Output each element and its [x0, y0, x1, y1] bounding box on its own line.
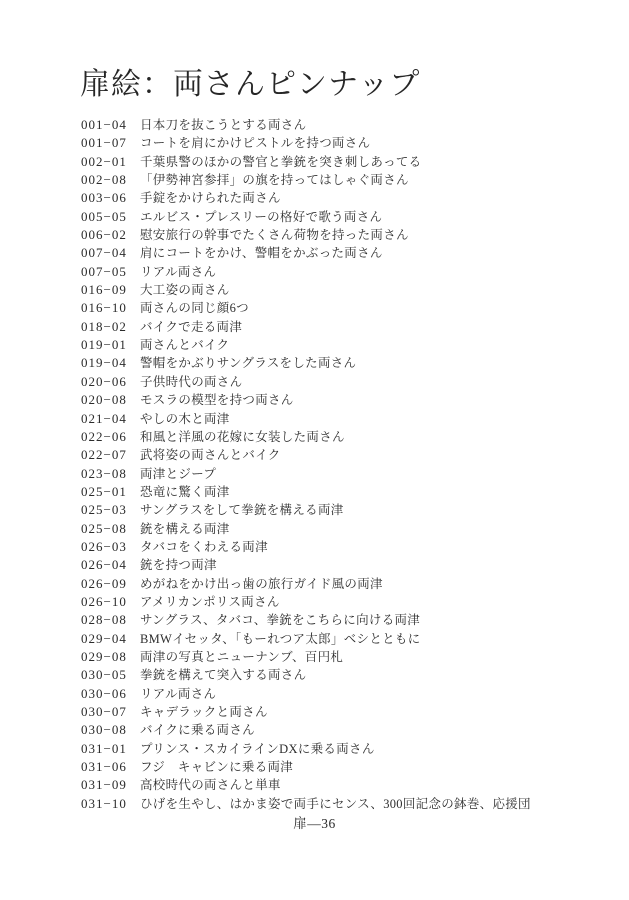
item-code: 030−08	[81, 721, 140, 739]
list-item: 001−04 日本刀を抜こうとする両さん	[81, 116, 619, 134]
item-description: プリンス・スカイラインDXに乗る両さん	[140, 740, 375, 758]
illustration-index-list: 001−04 日本刀を抜こうとする両さん 001−07 コートを肩にかけピストル…	[81, 116, 619, 813]
item-description: 恐竜に驚く両津	[140, 483, 230, 501]
list-item: 026−04 銃を持つ両津	[81, 556, 619, 574]
item-code: 023−08	[81, 465, 140, 483]
item-code: 007−05	[81, 263, 140, 281]
item-description: キャデラックと両さん	[140, 703, 268, 721]
list-item: 025−01 恐竜に驚く両津	[81, 483, 619, 501]
item-description: 武将姿の両さんとバイク	[140, 446, 281, 464]
item-code: 006−02	[81, 226, 140, 244]
item-description: サングラスをして拳銃を構える両津	[140, 501, 344, 519]
item-description: 高校時代の両さんと単車	[140, 776, 281, 794]
item-description: BMWイセッタ、「もーれつア太郎」ベシとともに	[140, 630, 421, 648]
list-item: 025−08 銃を構える両津	[81, 520, 619, 538]
item-description: 両津の写真とニューナンブ、百円札	[140, 648, 343, 666]
item-code: 031−01	[81, 740, 140, 758]
list-item: 026−10 アメリカンポリス両さん	[81, 593, 619, 611]
item-description: サングラス、タバコ、拳銃をこちらに向ける両津	[140, 611, 420, 629]
item-code: 007−04	[81, 244, 140, 262]
item-code: 001−04	[81, 116, 140, 134]
item-description: 銃を持つ両津	[140, 556, 217, 574]
item-code: 022−06	[81, 428, 140, 446]
item-description: 両津とジープ	[140, 465, 216, 483]
item-code: 029−04	[81, 630, 140, 648]
item-code: 025−08	[81, 520, 140, 538]
page-number: 扉―36	[0, 812, 629, 832]
list-item: 002−08 「伊勢神宮参拝」の旗を持ってはしゃぐ両さん	[81, 171, 619, 189]
book-page: 扉絵：両さんピンナップ 001−04 日本刀を抜こうとする両さん 001−07 …	[0, 0, 629, 900]
item-description: 子供時代の両さん	[140, 373, 242, 391]
item-code: 020−06	[81, 373, 140, 391]
item-code: 025−01	[81, 483, 140, 501]
list-item: 031−06 フジ キャビンに乗る両津	[81, 758, 619, 776]
item-description: バイクに乗る両さん	[140, 721, 255, 739]
list-item: 003−06 手錠をかけられた両さん	[81, 189, 619, 207]
list-item: 030−07 キャデラックと両さん	[81, 703, 619, 721]
list-item: 005−05 エルビス・プレスリーの格好で歌う両さん	[81, 208, 619, 226]
list-item: 020−06 子供時代の両さん	[81, 373, 619, 391]
page-title: 扉絵：両さんピンナップ	[80, 68, 420, 102]
item-description: 慰安旅行の幹事でたくさん荷物を持った両さん	[140, 226, 409, 244]
item-code: 031−09	[81, 776, 140, 794]
list-item: 002−01 千葉県警のほかの警官と拳銃を突き刺しあってる	[81, 153, 619, 171]
item-description: エルビス・プレスリーの格好で歌う両さん	[140, 208, 382, 226]
item-description: 両さんの同じ顔6つ	[140, 299, 249, 317]
item-code: 022−07	[81, 446, 140, 464]
item-description: めがねをかけ出っ歯の旅行ガイド風の両津	[140, 575, 383, 593]
item-description: 「伊勢神宮参拝」の旗を持ってはしゃぐ両さん	[140, 171, 409, 189]
item-code: 030−06	[81, 685, 140, 703]
item-code: 026−04	[81, 556, 140, 574]
list-item: 031−01 プリンス・スカイラインDXに乗る両さん	[81, 740, 619, 758]
item-code: 019−01	[81, 336, 140, 354]
list-item: 031−10 ひげを生やし、はかま姿で両手にセンス、300回記念の鉢巻、応援団	[81, 795, 619, 813]
item-description: 両さんとバイク	[140, 336, 229, 354]
item-code: 020−08	[81, 391, 140, 409]
item-code: 031−10	[81, 795, 140, 813]
item-description: コートを肩にかけピストルを持つ両さん	[140, 134, 370, 152]
item-code: 025−03	[81, 501, 140, 519]
item-code: 026−10	[81, 593, 140, 611]
item-description: リアル両さん	[140, 685, 216, 703]
list-item: 021−04 やしの木と両津	[81, 410, 619, 428]
item-code: 002−01	[81, 153, 140, 171]
list-item: 022−07 武将姿の両さんとバイク	[81, 446, 619, 464]
list-item: 006−02 慰安旅行の幹事でたくさん荷物を持った両さん	[81, 226, 619, 244]
item-code: 026−03	[81, 538, 140, 556]
item-description: 肩にコートをかけ、警帽をかぶった両さん	[140, 244, 383, 262]
list-item: 001−07 コートを肩にかけピストルを持つ両さん	[81, 134, 619, 152]
item-description: 大工姿の両さん	[140, 281, 230, 299]
item-description: タバコをくわえる両津	[140, 538, 268, 556]
item-code: 019−04	[81, 354, 140, 372]
item-description: 日本刀を抜こうとする両さん	[140, 116, 306, 134]
item-description: リアル両さん	[140, 263, 216, 281]
item-code: 021−04	[81, 410, 140, 428]
item-description: 和風と洋風の花嫁に女装した両さん	[140, 428, 345, 446]
item-code: 031−06	[81, 758, 140, 776]
list-item: 029−04 BMWイセッタ、「もーれつア太郎」ベシとともに	[81, 630, 619, 648]
list-item: 020−08 モスラの模型を持つ両さん	[81, 391, 619, 409]
list-item: 029−08 両津の写真とニューナンブ、百円札	[81, 648, 619, 666]
list-item: 026−09 めがねをかけ出っ歯の旅行ガイド風の両津	[81, 575, 619, 593]
item-description: やしの木と両津	[140, 410, 230, 428]
list-item: 030−06 リアル両さん	[81, 685, 619, 703]
item-description: アメリカンポリス両さん	[140, 593, 280, 611]
item-description: 銃を構える両津	[140, 520, 230, 538]
item-code: 029−08	[81, 648, 140, 666]
list-item: 016−09 大工姿の両さん	[81, 281, 619, 299]
item-code: 028−08	[81, 611, 140, 629]
list-item: 030−05 拳銃を構えて突入する両さん	[81, 666, 619, 684]
item-description: 拳銃を構えて突入する両さん	[140, 666, 306, 684]
item-code: 016−09	[81, 281, 140, 299]
item-code: 030−05	[81, 666, 140, 684]
list-item: 007−04 肩にコートをかけ、警帽をかぶった両さん	[81, 244, 619, 262]
item-code: 001−07	[81, 134, 140, 152]
item-description: 千葉県警のほかの警官と拳銃を突き刺しあってる	[140, 153, 421, 171]
item-code: 030−07	[81, 703, 140, 721]
list-item: 025−03 サングラスをして拳銃を構える両津	[81, 501, 619, 519]
item-description: 警帽をかぶりサングラスをした両さん	[140, 354, 356, 372]
list-item: 007−05 リアル両さん	[81, 263, 619, 281]
item-description: バイクで走る両津	[140, 318, 242, 336]
list-item: 028−08 サングラス、タバコ、拳銃をこちらに向ける両津	[81, 611, 619, 629]
list-item: 018−02 バイクで走る両津	[81, 318, 619, 336]
item-code: 005−05	[81, 208, 140, 226]
item-description: フジ キャビンに乗る両津	[140, 758, 293, 776]
item-code: 002−08	[81, 171, 140, 189]
item-description: ひげを生やし、はかま姿で両手にセンス、300回記念の鉢巻、応援団	[140, 795, 531, 813]
item-code: 016−10	[81, 299, 140, 317]
item-code: 026−09	[81, 575, 140, 593]
list-item: 026−03 タバコをくわえる両津	[81, 538, 619, 556]
list-item: 019−04 警帽をかぶりサングラスをした両さん	[81, 354, 619, 372]
list-item: 016−10 両さんの同じ顔6つ	[81, 299, 619, 317]
list-item: 022−06 和風と洋風の花嫁に女装した両さん	[81, 428, 619, 446]
list-item: 030−08 バイクに乗る両さん	[81, 721, 619, 739]
item-code: 018−02	[81, 318, 140, 336]
item-description: モスラの模型を持つ両さん	[140, 391, 294, 409]
list-item: 023−08 両津とジープ	[81, 465, 619, 483]
item-description: 手錠をかけられた両さん	[140, 189, 281, 207]
list-item: 019−01 両さんとバイク	[81, 336, 619, 354]
list-item: 031−09 高校時代の両さんと単車	[81, 776, 619, 794]
item-code: 003−06	[81, 189, 140, 207]
